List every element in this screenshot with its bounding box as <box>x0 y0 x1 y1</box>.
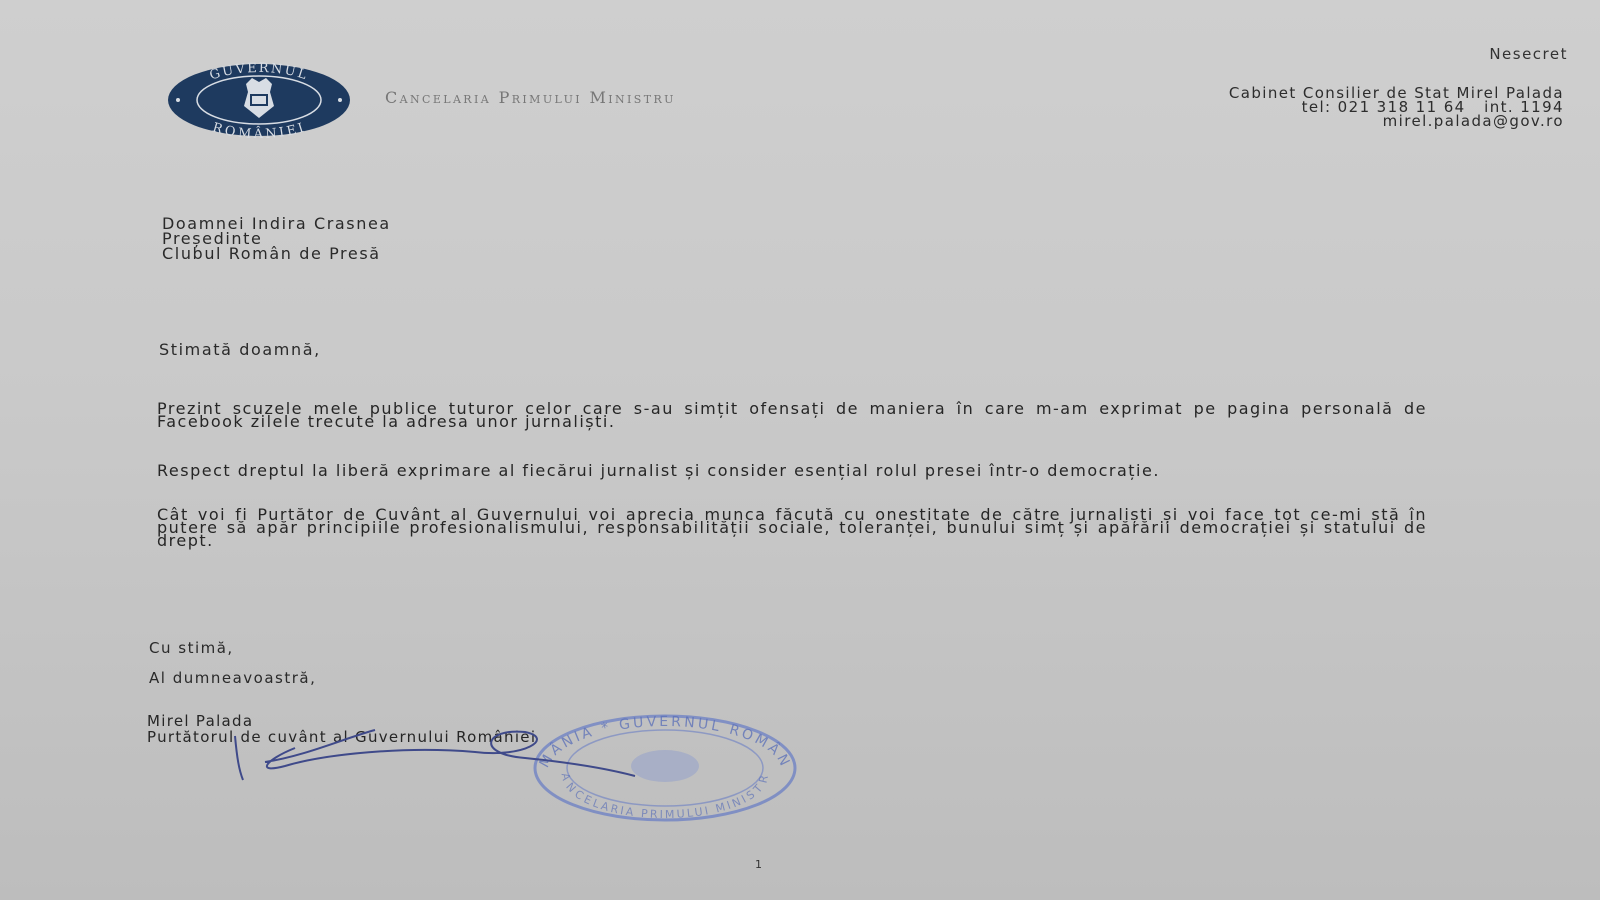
sender-block: Cabinet Consilier de Stat Mirel Palada t… <box>1229 86 1564 128</box>
page-number: 1 <box>755 858 762 871</box>
paragraph-respect: Respect dreptul la liberă exprimare al f… <box>157 464 1427 477</box>
classification-label: Nesecret <box>1489 45 1568 63</box>
paragraph-apology: Prezint scuzele mele publice tuturor cel… <box>157 402 1427 428</box>
closing-line: Al dumneavoastră, <box>149 669 316 687</box>
recipient-block: Doamnei Indira Crasnea Președinte Clubul… <box>162 216 391 261</box>
government-seal-icon: GUVERNUL ROMÂNIEI <box>166 62 352 138</box>
salutation: Stimată doamnă, <box>159 340 321 359</box>
sender-email: mirel.palada@gov.ro <box>1229 114 1564 128</box>
institution-name: Cancelaria Primului Ministru <box>385 88 676 107</box>
handwritten-signature-icon <box>225 718 655 798</box>
paragraph-commitment: Cât voi fi Purtător de Cuvânt al Guvernu… <box>157 508 1427 547</box>
letter-page: Nesecret GUVERNUL ROMÂNIEI Cancelaria Pr… <box>0 0 1600 900</box>
closing-line: Cu stimă, <box>149 639 234 657</box>
recipient-organization: Clubul Român de Presă <box>162 246 391 261</box>
